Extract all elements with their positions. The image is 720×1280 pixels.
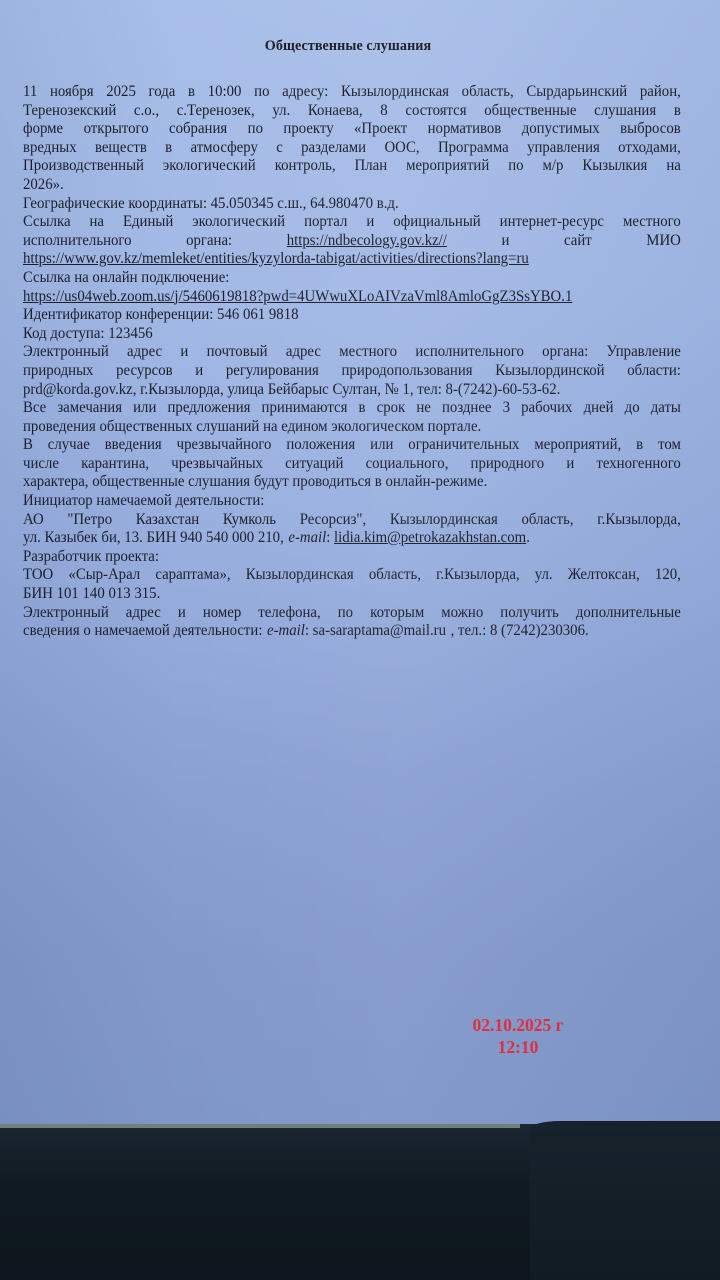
developer-label: Разработчик проекта: <box>23 547 681 566</box>
text-line: числекарантина,чрезвычайныхситуацийсоциа… <box>23 454 681 473</box>
date-time-stamp: 02.10.2025 г 12:10 <box>448 1014 588 1058</box>
emergency-last-line: характера, общественные слушания будут п… <box>23 472 681 491</box>
contact-details: сведения о намечаемой деятельности: e-ma… <box>23 621 681 640</box>
mio-link[interactable]: https://www.gov.kz/memleket/entities/kyz… <box>23 249 529 268</box>
contact-line: Электронныйадресиномертелефона,покоторым… <box>23 603 681 622</box>
developer-email: sa-saraptama@mail.ru <box>313 621 446 639</box>
mio-link-line: https://www.gov.kz/memleket/entities/kyz… <box>23 249 681 268</box>
zoom-link[interactable]: https://us04web.zoom.us/j/5460619818?pwd… <box>23 287 572 306</box>
initiator-details: ул. Казыбек би, 13. БИН 940 540 000 210,… <box>23 528 681 547</box>
document-page: Общественные слушания 11ноября2025годав1… <box>0 0 720 1130</box>
initiator-email-link[interactable]: lidia.kim@petrokazakhstan.com <box>334 528 526 546</box>
text-line: Вслучаевведениячрезвычайногоположенияили… <box>23 435 681 454</box>
emergency-paragraph: Вслучаевведениячрезвычайногоположенияили… <box>23 435 681 472</box>
portal-line: СсылканаЕдиныйэкологическийпорталиофициа… <box>23 212 681 231</box>
text-line: Электронныйадресипочтовыйадресместногоис… <box>23 342 681 361</box>
conference-id: Идентификатор конференции: 546 061 9818 <box>23 305 681 324</box>
access-code: Код доступа: 123456 <box>23 324 681 343</box>
text-line: Теренозекскийс.о.,с.Теренозек,ул.Конаева… <box>23 101 681 120</box>
intro-paragraph: 11ноября2025годав10:00поадресу:Кызылорди… <box>23 82 681 175</box>
online-label: Ссылка на онлайн подключение: <box>23 268 681 287</box>
portal-link-line: исполнительногооргана:https://ndbecology… <box>23 231 681 250</box>
text-line: вредныхвеществватмосферусразделамиООС,Пр… <box>23 138 681 157</box>
document-title: Общественные слушания <box>21 38 675 55</box>
text-line: природныхресурсовирегулированияприродопо… <box>23 361 681 380</box>
ecology-portal-link[interactable]: https://ndbecology.gov.kz// <box>287 231 447 250</box>
developer-line: ТОО«Сыр-Аралсараптама»,Кызылординскаяобл… <box>23 565 681 584</box>
coordinates: Географические координаты: 45.050345 с.ш… <box>23 194 681 213</box>
text-line: Производственныйэкологическийконтроль,Пл… <box>23 156 681 175</box>
stamp-date: 02.10.2025 г <box>448 1014 588 1036</box>
document-body: 11ноября2025годав10:00поадресу:Кызылорди… <box>23 82 681 640</box>
authority-last-line: prd@korda.gov.kz, г.Кызылорда, улица Бей… <box>23 380 681 399</box>
text-line: формеоткрытогособранияпопроекту«Проектно… <box>23 119 681 138</box>
remarks-line: Всезамечанияилипредложенияпринимаютсявср… <box>23 398 681 417</box>
initiator-label: Инициатор намечаемой деятельности: <box>23 491 681 510</box>
intro-last-line: 2026». <box>23 175 681 194</box>
authority-paragraph: Электронныйадресипочтовыйадресместногоис… <box>23 342 681 379</box>
dark-background-surface <box>0 1124 720 1280</box>
text-line: 11ноября2025годав10:00поадресу:Кызылорди… <box>23 82 681 101</box>
zoom-link-line: https://us04web.zoom.us/j/5460619818?pwd… <box>23 287 681 306</box>
initiator-line: АО"ПетроКазахстанКумкольРесорсиз",Кызыло… <box>23 510 681 529</box>
developer-bin: БИН 101 140 013 315. <box>23 584 681 603</box>
remarks-last-line: проведения общественных слушаний на един… <box>23 417 681 436</box>
stamp-time: 12:10 <box>448 1036 588 1058</box>
